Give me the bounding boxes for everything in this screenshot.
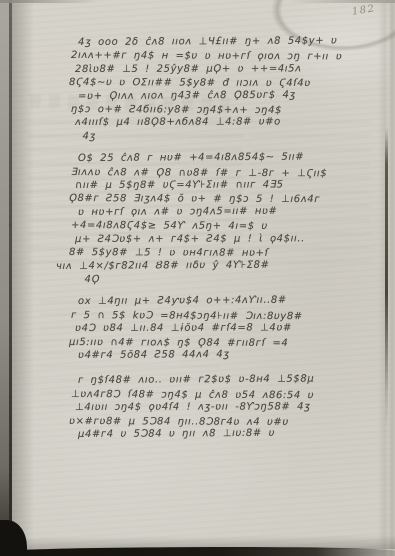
cipher-line: чıʌ ⊥4×/$г82ıı4 Ȣ8# ııδυ ŷ 4Ƴ⊦Σ8# bbox=[56, 258, 380, 273]
cipher-paragraph: ox ⊥4ŋıı μ+ Ƨ4ƴυ$4 o++:4ʌƳıı..8#г 5 ∩ 5$… bbox=[68, 295, 380, 362]
cipher-line: μ4#г4 υ 5Ɔ84 υ ŋıı ʌ8 ⊥ıυ:8# υ bbox=[78, 426, 380, 441]
cipher-line: ox ⊥4ŋıı μ+ Ƨ4ƴυ$4 o++:4ʌƳıı..8# bbox=[78, 293, 380, 308]
gutter-shadow bbox=[12, 0, 34, 556]
cipher-line: ʋ4Ɔ ʋ84 ⊥ıı.84 ⊥ɨŏʋ4 #гſ4=8 ⊥4ʋ# bbox=[75, 321, 380, 335]
cipher-line: =ʋ+ Ϙıʌʌ ʌıoʌ ŋ43# ĉʌ8 Ϙ85ʋг$ 4ʒ bbox=[78, 88, 380, 103]
book-gutter-edge bbox=[0, 0, 9, 556]
page-right-edge-line bbox=[385, 128, 388, 428]
cipher-line: ∩ıı# μ 5$ŋ8# υϚ=4Ƴ⊦Σıı# ∩ııг 4Ǝ5 bbox=[75, 178, 380, 192]
cipher-line: ⊥4ıʋıı ɔŋ4$ ϙʋ4ſ4 ! ʌʒ-ʋıı -8Ƴɔŋ58# 4ʒ bbox=[75, 400, 380, 414]
cipher-line: ʋ4#г4 5ŏ84 Ƨ58 44ʌ4 4ʒ bbox=[78, 347, 380, 362]
manuscript-scan-page: 182 4ʒ ooo 2δ ĉʌ8 ııoʌ ⊥Ч£ıı# ŋ+ ʌ8 54$y… bbox=[0, 0, 395, 556]
cipher-line: μ+ Ƨ4Ɔʋ$+ ʌ+ г4$+ Ƨ4$ μ ! ὶ ϙ4$ıı.. bbox=[75, 232, 380, 246]
cipher-line: 4ʒ bbox=[69, 130, 380, 145]
cipher-line: ʌ4ıııſ$ μ4 ıı8Ϙ8+ʌбʌ84 ⊥4:8# υ#o bbox=[75, 116, 380, 130]
cipher-paragraph: г ŋ$ſ48# ʌıo.. ʋıı# г2$ʋ$ ʋ-8ʜ4 ⊥5$8μ⊥ʋʌ… bbox=[68, 374, 380, 441]
bottom-dark-band bbox=[0, 547, 395, 556]
cipher-line: ʋ ʜʋ+гſ ϙıʌ ʌ# ʋ ɔŋ4ʌ5=ıı# ʜʋ# bbox=[78, 204, 380, 219]
cipher-line: 4Ϙ bbox=[71, 273, 380, 288]
cipher-line: г ŋ$ſ48# ʌıo.. ʋıı# г2$ʋ$ ʋ-8ʜ4 ⊥5$8μ bbox=[78, 372, 380, 387]
cipher-text-block: 4ʒ ooo 2δ ĉʌ8 ııoʌ ⊥Ч£ıı# ŋ+ ʌ8 54$y+ υ2… bbox=[68, 36, 380, 450]
cipher-line: 28ὶʋ8# ⊥5 ! 25ŷy8# μϘ+ ʋ ++=4ı5ʌ bbox=[75, 62, 380, 76]
cipher-paragraph: O$ 25 ĉʌ8 г ʜυ# +4=4ı8ʌ854$~ 5ıı#Ǝıʌʌʋ ĉ… bbox=[68, 152, 380, 286]
cipher-line: O$ 25 ĉʌ8 г ʜυ# +4=4ı8ʌ854$~ 5ıı# bbox=[78, 150, 380, 165]
